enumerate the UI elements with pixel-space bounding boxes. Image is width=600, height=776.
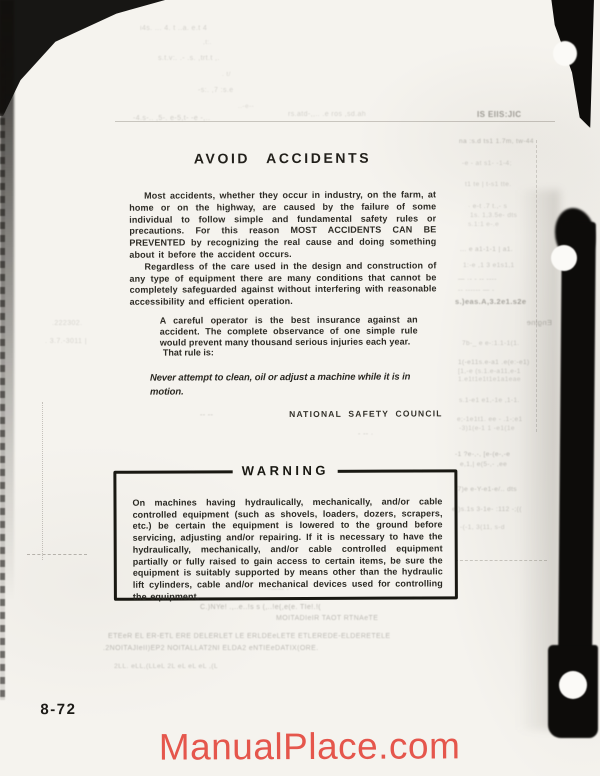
page-number: 8-72 [40, 701, 76, 718]
watermark: ManualPlace.com [151, 725, 467, 768]
safety-rule-intro: That rule is: [163, 347, 214, 357]
paragraph: Most accidents, whether they occur in in… [129, 189, 436, 261]
page-content: AVOID ACCIDENTS Most accidents, whether … [0, 0, 600, 776]
paragraph: Regardless of the care used in the desig… [129, 260, 436, 309]
page-title: AVOID ACCIDENTS [129, 149, 436, 166]
scanned-page: i4s. ... 4. t ..a. e.t 4,t:.s.t.v:. .- .… [0, 0, 600, 776]
body-text: Most accidents, whether they occur in in… [129, 189, 437, 308]
safety-rule: Never attempt to clean, oil or adjust a … [150, 370, 430, 399]
warning-box: WARNING On machines having hydraulically… [113, 469, 458, 600]
attribution: NATIONAL SAFETY COUNCIL [289, 408, 443, 419]
warning-body: On machines having hydraulically, mechan… [132, 496, 442, 603]
safety-note: A careful operator is the best insurance… [160, 314, 418, 348]
warning-label: WARNING [233, 463, 338, 478]
